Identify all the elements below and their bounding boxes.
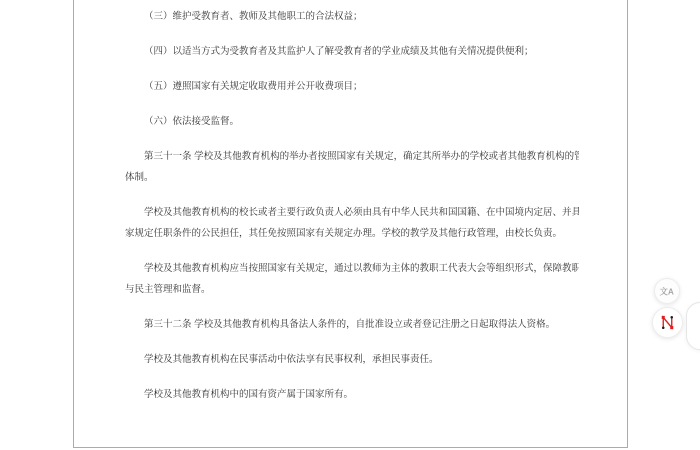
text-line: 学校及其他教育机构在民事活动中依法享有民事权利，承担民事责任。 xyxy=(125,349,579,370)
document-content: （三）维护受教育者、教师及其他职工的合法权益； （四）以适当方式为受教育者及其监… xyxy=(74,0,627,405)
translate-icon: 文A xyxy=(660,285,674,297)
paragraph-article-32: 第三十二条 学校及其他教育机构具备法人条件的，自批准设立或者登记注册之日起取得法… xyxy=(125,314,579,335)
text-line: 体制。 xyxy=(125,167,579,188)
paragraph: （三）维护受教育者、教师及其他职工的合法权益； xyxy=(125,6,579,27)
extension-button[interactable] xyxy=(652,307,683,338)
text-line: （六）依法接受监督。 xyxy=(125,111,579,132)
paragraph-article-31: 第三十一条 学校及其他教育机构的举办者按照国家有关规定，确定其所举办的学校或者其… xyxy=(125,146,579,188)
text-line: 学校及其他教育机构中的国有资产属于国家所有。 xyxy=(125,384,579,405)
document-page: （三）维护受教育者、教师及其他职工的合法权益； （四）以适当方式为受教育者及其监… xyxy=(73,0,628,448)
text-line: 第三十一条 学校及其他教育机构的举办者按照国家有关规定，确定其所举办的学校或者其… xyxy=(125,146,579,167)
paragraph: 学校及其他教育机构的校长或者主要行政负责人必须由具有中华人民共和国国籍、在中国境… xyxy=(125,202,579,244)
paragraph: （五）遵照国家有关规定收取费用并公开收费项目； xyxy=(125,76,579,97)
text-line: 学校及其他教育机构的校长或者主要行政负责人必须由具有中华人民共和国国籍、在中国境… xyxy=(125,202,579,223)
network-icon xyxy=(659,314,676,331)
text-line: （五）遵照国家有关规定收取费用并公开收费项目； xyxy=(125,76,579,97)
paragraph: （六）依法接受监督。 xyxy=(125,111,579,132)
paragraph: 学校及其他教育机构中的国有资产属于国家所有。 xyxy=(125,384,579,405)
translate-button[interactable]: 文A xyxy=(654,278,680,304)
text-line: 与民主管理和监督。 xyxy=(125,279,579,300)
paragraph: （四）以适当方式为受教育者及其监护人了解受教育者的学业成绩及其他有关情况提供便利… xyxy=(125,41,579,62)
paragraph: 学校及其他教育机构应当按照国家有关规定，通过以教师为主体的教职工代表大会等组织形… xyxy=(125,258,579,300)
text-line: （四）以适当方式为受教育者及其监护人了解受教育者的学业成绩及其他有关情况提供便利… xyxy=(125,41,579,62)
paragraph: 学校及其他教育机构在民事活动中依法享有民事权利，承担民事责任。 xyxy=(125,349,579,370)
text-line: （三）维护受教育者、教师及其他职工的合法权益； xyxy=(125,6,579,27)
text-line: 家规定任职条件的公民担任，其任免按照国家有关规定办理。学校的教学及其他行政管理，… xyxy=(125,223,579,244)
text-line: 学校及其他教育机构应当按照国家有关规定，通过以教师为主体的教职工代表大会等组织形… xyxy=(125,258,579,279)
text-line: 第三十二条 学校及其他教育机构具备法人条件的，自批准设立或者登记注册之日起取得法… xyxy=(125,314,579,335)
extension-panel-edge xyxy=(686,302,700,350)
